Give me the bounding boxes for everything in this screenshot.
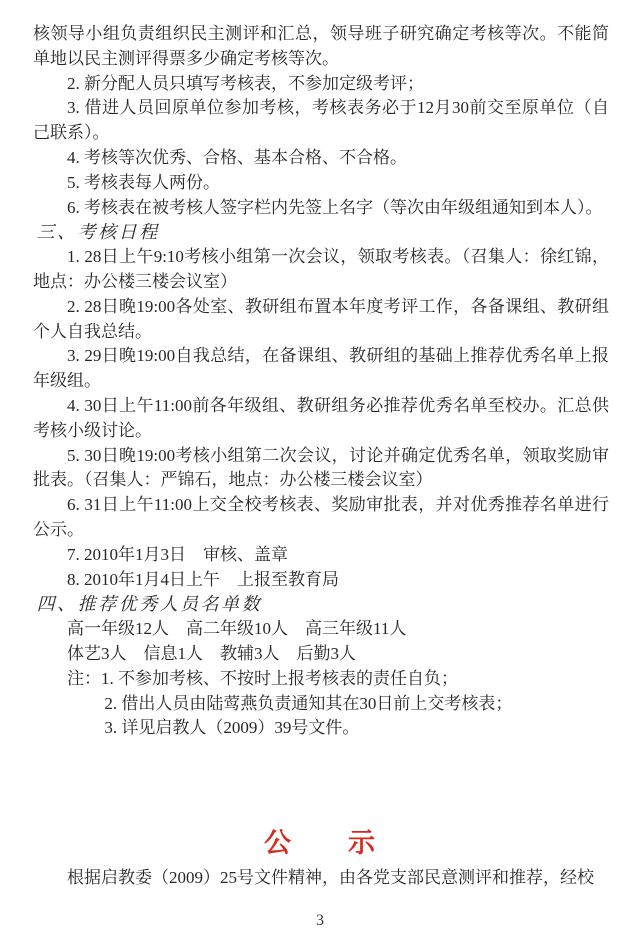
schedule-item-3: 3. 29日晚19:00自我总结，在备课组、教研组的基础上推荐优秀名单上报年级组…: [33, 344, 609, 394]
note-item-2: 2. 借出人员由陆莺燕负责通知其在30日前上交考核表；: [33, 692, 609, 717]
schedule-item-8: 8. 2010年1月4日上午 上报至教育局: [33, 568, 609, 593]
rule-item-5: 5. 考核表每人两份。: [33, 171, 609, 196]
rule-item-2: 2. 新分配人员只填写考核表，不参加定级考评；: [33, 72, 609, 97]
section-heading-recommended-quota: 四、推荐优秀人员名单数: [33, 592, 609, 617]
quota-line-departments: 体艺3人 信息1人 教辅3人 后勤3人: [33, 642, 609, 667]
schedule-item-1: 1. 28日上午9:10考核小组第一次会议，领取考核表。（召集人：徐红锦，地点：…: [33, 245, 609, 295]
schedule-item-2: 2. 28日晚19:00各处室、教研组布置本年度考评工作，各备课组、教研组个人自…: [33, 295, 609, 345]
continuation-paragraph: 核领导小组负责组织民主测评和汇总，领导班子研究确定考核等次。不能简单地以民主测评…: [33, 22, 609, 72]
public-notice-paragraph: 根据启教委（2009）25号文件精神，由各党支部民意测评和推荐，经校: [33, 866, 609, 891]
page-number: 3: [0, 912, 640, 930]
rule-item-4: 4. 考核等次优秀、合格、基本合格、不合格。: [33, 146, 609, 171]
rule-item-6: 6. 考核表在被考核人签字栏内先签上名字（等次由年级组通知到本人）。: [33, 196, 609, 221]
note-item-3: 3. 详见启教人（2009）39号文件。: [33, 716, 609, 741]
rule-item-3: 3. 借进人员回原单位参加考核，考核表务必于12月30前交至原单位（自己联系）。: [33, 96, 609, 146]
public-notice-title: 公 示: [0, 828, 640, 858]
schedule-item-4: 4. 30日上午11:00前各年级组、教研组务必推荐优秀名单至校办。汇总供考核小…: [33, 394, 609, 444]
document-body: 核领导小组负责组织民主测评和汇总，领导班子研究确定考核等次。不能简单地以民主测评…: [33, 22, 609, 741]
schedule-item-7: 7. 2010年1月3日 审核、盖章: [33, 543, 609, 568]
quota-line-grades: 高一年级12人 高二年级10人 高三年级11人: [33, 617, 609, 642]
schedule-item-6: 6. 31日上午11:00上交全校考核表、奖励审批表，并对优秀推荐名单进行公示。: [33, 493, 609, 543]
section-heading-assessment-schedule: 三、考核日程: [33, 220, 609, 245]
document-page: 核领导小组负责组织民主测评和汇总，领导班子研究确定考核等次。不能简单地以民主测评…: [0, 0, 640, 941]
note-item-1: 注：1. 不参加考核、不按时上报考核表的责任自负；: [33, 667, 609, 692]
schedule-item-5: 5. 30日晚19:00考核小组第二次会议，讨论并确定优秀名单，领取奖励审批表。…: [33, 444, 609, 494]
